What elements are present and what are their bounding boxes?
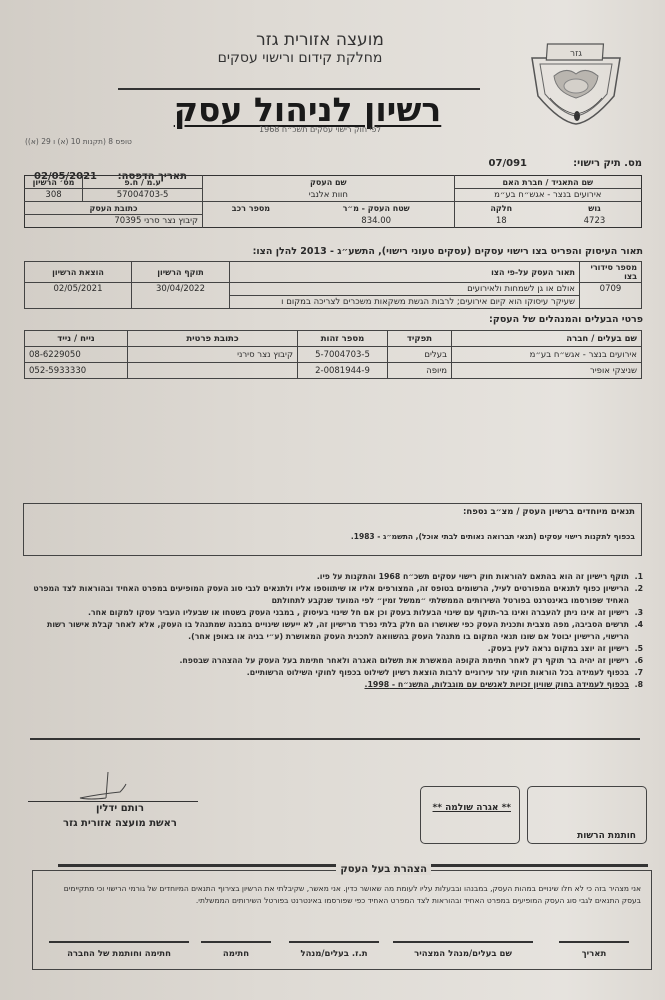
term-item: 1.תוקף רישיון זה הוא בהתאם להוראות חוק ר…: [23, 571, 643, 583]
table-row: אירועים בנצר - אגש״ח בע״מ בעלים 5-700470…: [25, 347, 642, 363]
business-details-table: שם התאגיד / חברת האם שם העסק ע.מ / ח.פ מ…: [24, 175, 642, 228]
declaration-signature-fields: תאריך שם בעלים/מנהל המצהיר ת.ז. בעלים/מנ…: [43, 941, 641, 969]
owner-name: אירועים בנצר - אגש״ח בע״מ: [452, 347, 642, 363]
address-value: קיבוץ נצר סרני 70395: [25, 215, 203, 228]
owners-section-title: פרטי הבעלים והמנהלים של העסק:: [489, 314, 643, 325]
parent-company-header: שם התאגיד / חברת האם: [454, 176, 641, 189]
owner-phone-header: נייח / נייד: [25, 331, 128, 347]
owners-table: שם בעלים / חברה תפקיד מספר זהות כתובת פר…: [24, 330, 642, 379]
parcel-value: 18: [454, 215, 548, 228]
form-number: טופס 8 (תקנות 10 (א) ו 29 (א)): [25, 137, 165, 146]
description-line-2: שעיקר עיסוקו הוא קיום אירועים; לרבות הגש…: [230, 296, 580, 309]
document-subtitle: לפי חוק רישוי עסקים תשכ״ח 1968: [220, 125, 420, 134]
signatory-name: רותם ידלין: [70, 803, 170, 814]
term-item: 4.תרשים הסביבה, מפה מצבית ותכנית העסק כפ…: [23, 619, 643, 643]
license-terms-list: 1.תוקף רישיון זה הוא בהתאם להוראות חוק ר…: [23, 571, 643, 691]
date-field[interactable]: תאריך: [559, 941, 629, 959]
declaration-title: הצהרת בעל העסק: [336, 864, 431, 875]
parent-company-value: אירועים בנצר - אגש״ח בע״מ: [454, 189, 641, 202]
block-value: 4723: [548, 215, 642, 228]
terms-divider: [30, 738, 640, 740]
owner-name: שניצקי אופיר: [452, 363, 642, 379]
table-row: שניצקי אופיר מיופה 2-0081944-9 052-59333…: [25, 363, 642, 379]
declaration-text: אני מצהיר בזה כי לא חלו שינויים במהות הע…: [61, 883, 641, 907]
document-title: רשיון לניהול עסק: [165, 90, 450, 129]
owner-phone: 08-6229050: [25, 347, 128, 363]
owner-address: קיבוץ נצר סירני: [128, 347, 298, 363]
term-item: 5.רישיון זה יוצג במקום נראה לעין בעסק.: [23, 643, 643, 655]
owner-phone: 052-5933330: [25, 363, 128, 379]
term-item: 6.רישיון זה יהיה בר תוקף רק לאחר חתימת ה…: [23, 655, 643, 667]
company-id-value: 57004703-5: [83, 189, 203, 202]
special-conditions-title: תנאים מיוחדים ברשיון העסק / מצ״ב נספח:: [463, 507, 635, 517]
valid-until-value: 30/04/2022: [132, 283, 230, 309]
license-number-value: 308: [25, 189, 83, 202]
owner-role: מיופה: [388, 363, 452, 379]
svg-text:גזר: גזר: [570, 49, 582, 59]
area-value: 834.00: [299, 215, 454, 228]
handwritten-signature-icon: [60, 770, 160, 805]
term-item: 7.בכפוף לעמידה בכל הוראות חוקי עזר עירונ…: [23, 667, 643, 679]
authority-stamp-box: חותמת הרשות: [527, 786, 647, 844]
term-item: 8.בכפוף לעמידה בחוק שוויון זכויות לאנשים…: [23, 679, 643, 691]
description-line-1: אולם או גן לשמחות ולאירועים: [230, 283, 580, 296]
owner-id: 5-7004703-5: [298, 347, 388, 363]
owner-name-header: שם בעלים / חברה: [452, 331, 642, 347]
file-number-label: מס. תיק רישוי:: [573, 158, 642, 169]
serial-header: מספר סידורי בצו: [580, 262, 642, 283]
business-name-header: שם העסק: [203, 176, 454, 189]
declarant-name-field[interactable]: שם בעלים/מנהל המצהיר: [393, 941, 533, 959]
owner-role: בעלים: [388, 347, 452, 363]
council-name: מועצה אזורית גזר: [240, 30, 400, 50]
owner-declaration-box: הצהרת בעל העסק אני מצהיר בזה כי לא חלו ש…: [32, 870, 652, 970]
term-item: 2.הרישיון כפוף לתנאים המפורטים לעיל, הרש…: [23, 583, 643, 607]
fee-paid-box: ** אגרה שולמה **: [420, 786, 520, 844]
fee-paid-text: ** אגרה שולמה **: [433, 803, 511, 813]
company-id-header: ע.מ / ח.פ: [83, 176, 203, 189]
signature-field[interactable]: חתימה: [201, 941, 271, 959]
license-document: גזר מועצה אזורית גזר מחלקת קידום ורישוי …: [0, 0, 665, 1000]
activity-row: 0709 אולם או גן לשמחות ולאירועים 30/04/2…: [25, 283, 642, 296]
issued-header: הוצאת הרשיון: [25, 262, 132, 283]
activity-section-title: תאור העיסוק והפריט בצו רישוי עסקים (עסקי…: [253, 246, 643, 257]
owner-address: [128, 363, 298, 379]
block-header: גוש: [548, 202, 642, 215]
area-header: שטח העסק - מ״ר: [299, 202, 454, 215]
department-name: מחלקת קידום ורישוי עסקים: [205, 50, 395, 66]
parcel-header: חלקה: [454, 202, 548, 215]
owner-id: 2-0081944-9: [298, 363, 388, 379]
description-header: תאור העסק על-פי הצו: [230, 262, 580, 283]
vehicle-header: מספר רכב: [203, 202, 299, 215]
business-name-value: חוות אלנבי: [203, 189, 454, 202]
serial-value: 0709: [580, 283, 642, 309]
special-conditions-text: בכפוף לתקנות רישוי עסקים (תנאי תברואה נא…: [351, 532, 635, 541]
special-conditions-box: תנאים מיוחדים ברשיון העסק / מצ״ב נספח: ב…: [23, 503, 642, 556]
company-signature-stamp-field[interactable]: חתימה וחותמת של החברה: [49, 941, 189, 959]
license-number-header: מס׳ הרשיון: [25, 176, 83, 189]
authority-stamp-label: חותמת הרשות: [577, 831, 636, 841]
owner-role-header: תפקיד: [388, 331, 452, 347]
signatory-role: ראשת מועצה אזורית גזר: [40, 818, 200, 829]
file-number-value: 07/091: [489, 158, 527, 169]
activity-table: מספר סידורי בצו תאור העסק על-פי הצו תוקף…: [24, 261, 642, 309]
owner-id-header: מספר זהות: [298, 331, 388, 347]
declarant-id-field[interactable]: ת.ז. בעלים/מנהל: [289, 941, 379, 959]
address-header: כתובת העסק: [25, 202, 203, 215]
valid-until-header: תוקף הרשיון: [132, 262, 230, 283]
owner-address-header: כתובת פרטית: [128, 331, 298, 347]
signature-line: [28, 801, 198, 802]
issued-value: 02/05/2021: [25, 283, 132, 309]
gezer-council-emblem-icon: גזר: [522, 36, 630, 126]
vehicle-value: [203, 215, 299, 228]
term-item: 3.רישיון זה אינו ניתן להעברה ואינו בר-תו…: [23, 607, 643, 619]
